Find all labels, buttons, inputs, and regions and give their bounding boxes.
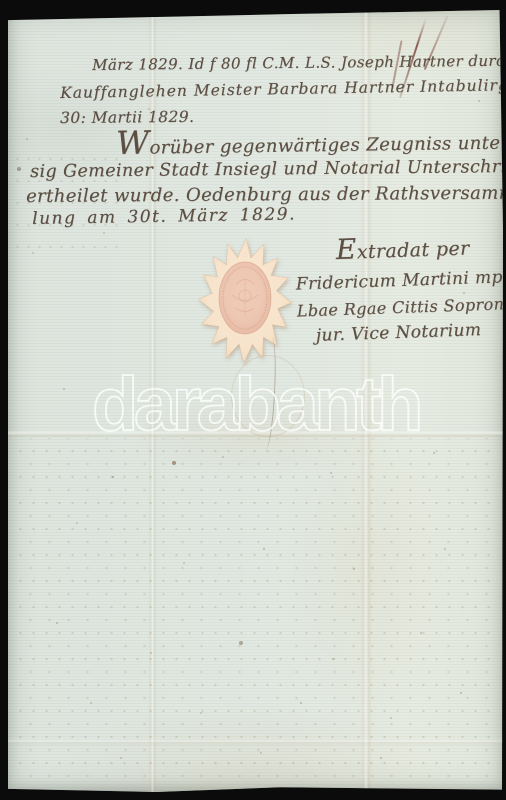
fold-line-vertical-left [148, 10, 157, 792]
seal-impression-ring [231, 355, 305, 437]
attestation-line: lung am 30t. März 1829. [32, 204, 296, 229]
paper: März 1829. Id f 80 fl C.M. L.S. Joseph H… [8, 10, 503, 792]
fold-line-horizontal-bottom [8, 738, 503, 746]
fold-line-horizontal-middle [8, 430, 503, 438]
embossed-seal [198, 238, 292, 366]
attestation-line: sig Gemeiner Stadt Insiegl und Notarial … [30, 157, 506, 182]
notary-name: Fridericum Martini mpp [296, 267, 499, 294]
ink-showthrough [14, 438, 492, 788]
attestation-line: Worüber gegenwärtiges Zeugniss unter hie [116, 128, 506, 159]
photo-background: März 1829. Id f 80 fl C.M. L.S. Joseph H… [0, 0, 506, 800]
signature-line: Lbae Rgae Cittis Sopron [296, 294, 499, 320]
foxing-spots [8, 10, 10, 12]
registration-line: März 1829. Id f 80 fl C.M. L.S. Joseph H… [92, 52, 506, 74]
notary-title: jur. Vice Notarium [297, 319, 500, 346]
attestation-line: ertheilet wurde. Oedenburg aus der Raths… [26, 183, 506, 207]
signature-block: Extradat per Fridericum Martini mpp Lbae… [294, 228, 500, 347]
fold-line-vertical-right [360, 10, 372, 792]
signature-line: Extradat per [308, 228, 497, 268]
registration-line: Kauffanglehen Meister Barbara Hartner In… [60, 76, 506, 102]
